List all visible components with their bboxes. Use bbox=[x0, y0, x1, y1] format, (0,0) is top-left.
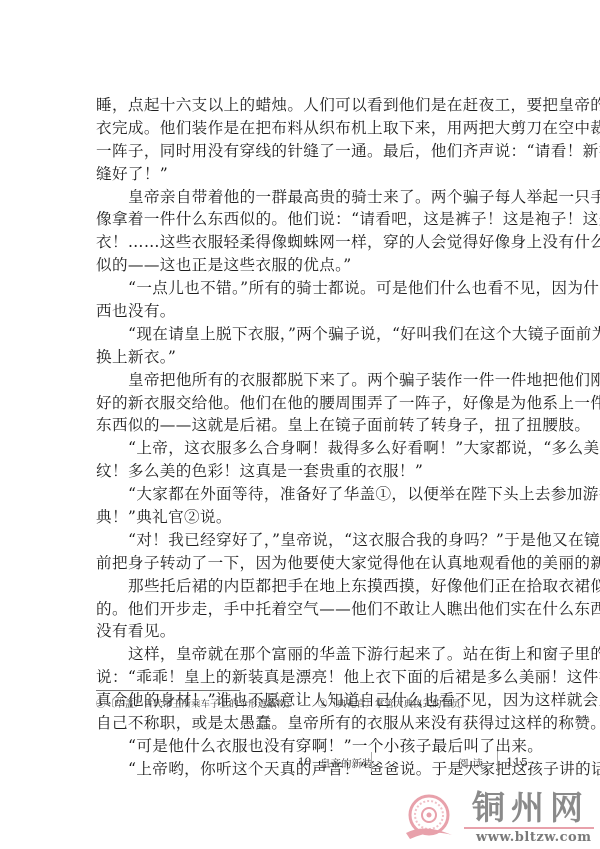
text-line: 似的——这也正是这些衣服的优点。” bbox=[96, 254, 520, 277]
footnote-divider bbox=[96, 690, 240, 691]
paragraph-first-line: 这样，皇帝就在那个富丽的华盖下游行起来了。站在街上和窗子里的人都 bbox=[96, 643, 520, 666]
paragraph-first-line: “上帝，这衣服多么合身啊！裁得多么好看啊！”大家都说，“多么美的花 bbox=[96, 437, 520, 460]
watermark-url: www.bltzw.com bbox=[476, 830, 591, 845]
paragraph-first-line: “对！我已经穿好了，”皇帝说，“这衣服合我的身吗？”于是他又在镜子面 bbox=[96, 529, 520, 552]
text-line: 的。他们开步走，手中托着空气——他们不敢让人瞧出他们实在什么东西也 bbox=[96, 598, 520, 621]
text-line: 说：“乖乖！皇上的新装真是漂亮！他上衣下面的后裙是多么美丽！这件衣服 bbox=[96, 666, 520, 689]
footnotes: ①〔华盖〕古代帝王所乘车子上的伞形遮蔽物。 ②〔典礼官〕掌管大典仪式的官员。 bbox=[96, 698, 526, 712]
text-line: 纹！多么美的色彩！这真是一套贵重的衣服！” bbox=[96, 460, 520, 483]
footer-divider bbox=[371, 752, 372, 772]
text-line: 典！”典礼官②说。 bbox=[96, 506, 520, 529]
text-line: 衣完成。他们装作是在把布料从织布机上取下来，用两把大剪刀在空中裁了 bbox=[96, 117, 520, 140]
text-line: 前把身子转动了一下，因为他要使大家觉得他在认真地观看他的美丽的新装。 bbox=[96, 552, 520, 575]
footnote-1: ①〔华盖〕古代帝王所乘车子上的伞形遮蔽物。 bbox=[96, 698, 296, 712]
running-footer: 19 皇帝的新装 阅读 115 bbox=[0, 752, 600, 774]
text-line: 换上新衣。” bbox=[96, 346, 520, 369]
watermark-rule bbox=[464, 827, 594, 829]
paragraph-first-line: “现在请皇上脱下衣服，”两个骗子说，“好叫我们在这个大镜子面前为您 bbox=[96, 323, 520, 346]
paragraph-first-line: “大家都在外面等待，准备好了华盖①，以便举在陛下头上去参加游行大 bbox=[96, 483, 520, 506]
footnote-2: ②〔典礼官〕掌管大典仪式的官员。 bbox=[318, 698, 470, 712]
section-label: 阅读 bbox=[458, 756, 487, 771]
text-line: 像拿着一件什么东西似的。他们说：“请看吧，这是裤子！这是袍子！这是外 bbox=[96, 208, 520, 231]
paragraph-first-line: 皇帝亲自带着他的一群最高贵的骑士来了。两个骗子每人举起一只手，好 bbox=[96, 186, 520, 209]
watermark-name: 铜州网 bbox=[472, 790, 589, 826]
text-line: 自己不称职，或是太愚蠢。皇帝所有的衣服从来没有获得过这样的称赞。 bbox=[96, 712, 520, 735]
text-line: 衣！……这些衣服轻柔得像蜘蛛网一样，穿的人会觉得好像身上没有什么东西 bbox=[96, 231, 520, 254]
text-line: 缝好了！” bbox=[96, 163, 520, 186]
text-line: 没有看见。 bbox=[96, 620, 520, 643]
watermark-logo-icon bbox=[404, 793, 454, 843]
page-number: 115 bbox=[506, 755, 528, 769]
text-line: 一阵子，同时用没有穿线的针缝了一通。最后，他们齐声说：“请看！新衣服 bbox=[96, 140, 520, 163]
text-line: 好的新衣服交给他。他们在他的腰周围弄了一阵子，好像是为他系上一件什么 bbox=[96, 392, 520, 415]
paragraph-first-line: 那些托后裙的内臣都把手在地上东摸西摸，好像他们正在拾取衣裙似 bbox=[96, 575, 520, 598]
text-line: 睡，点起十六支以上的蜡烛。人们可以看到他们是在赶夜工，要把皇帝的新 bbox=[96, 94, 520, 117]
chapter-title: 皇帝的新装 bbox=[320, 756, 373, 771]
paragraph-first-line: 皇帝把他所有的衣服都脱下来了。两个骗子装作一件一件地把他们刚才缝 bbox=[96, 369, 520, 392]
watermark: 铜州网 www.bltzw.com bbox=[398, 790, 598, 849]
text-line: 西也没有。 bbox=[96, 300, 520, 323]
chapter-number: 19 bbox=[298, 756, 311, 768]
footer-divider bbox=[497, 752, 498, 772]
paragraph-first-line: “一点儿也不错。”所有的骑士都说。可是他们什么也看不见，因为什么东 bbox=[96, 277, 520, 300]
body-text: 睡，点起十六支以上的蜡烛。人们可以看到他们是在赶夜工，要把皇帝的新衣完成。他们装… bbox=[96, 94, 520, 781]
textbook-page: 睡，点起十六支以上的蜡烛。人们可以看到他们是在赶夜工，要把皇帝的新衣完成。他们装… bbox=[0, 0, 600, 849]
text-line: 东西似的——这就是后裙。皇上在镜子面前转了转身子，扭了扭腰肢。 bbox=[96, 414, 520, 437]
